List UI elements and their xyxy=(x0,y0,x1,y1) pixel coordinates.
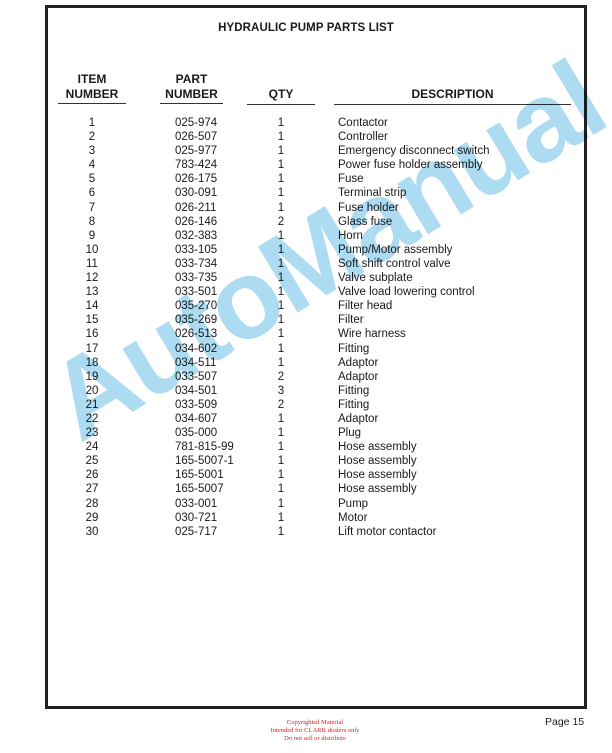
part-number-cell: 026-513 xyxy=(175,327,217,341)
page-number: Page 15 xyxy=(545,716,584,728)
item-number-cell: 15 xyxy=(58,313,126,327)
qty-cell: 1 xyxy=(247,201,315,215)
qty-cell: 1 xyxy=(247,257,315,271)
qty-cell: 1 xyxy=(247,186,315,200)
table-row: 28033-0011Pump xyxy=(0,497,612,511)
qty-cell: 1 xyxy=(247,342,315,356)
table-row: 29030-7211Motor xyxy=(0,511,612,525)
description-cell: Valve load lowering control xyxy=(338,285,475,299)
part-number-cell: 033-105 xyxy=(175,243,217,257)
table-row: 9032-3831Horn xyxy=(0,229,612,243)
qty-cell: 1 xyxy=(247,440,315,454)
table-row: 16026-5131Wire harness xyxy=(0,327,612,341)
item-number-cell: 30 xyxy=(58,525,126,539)
item-number-cell: 12 xyxy=(58,271,126,285)
document-title: HYDRAULIC PUMP PARTS LIST xyxy=(0,22,612,34)
item-number-cell: 23 xyxy=(58,426,126,440)
description-cell: Controller xyxy=(338,130,388,144)
qty-cell: 2 xyxy=(247,370,315,384)
item-number-cell: 18 xyxy=(58,356,126,370)
description-cell: Fuse holder xyxy=(338,201,399,215)
table-row: 23035-0001Plug xyxy=(0,426,612,440)
description-cell: Adaptor xyxy=(338,370,378,384)
column-header-item-number: ITEM NUMBER xyxy=(58,72,126,104)
description-cell: Terminal strip xyxy=(338,186,406,200)
item-number-cell: 17 xyxy=(58,342,126,356)
part-number-cell: 026-175 xyxy=(175,172,217,186)
description-cell: Adaptor xyxy=(338,412,378,426)
qty-cell: 1 xyxy=(247,299,315,313)
qty-cell: 1 xyxy=(247,285,315,299)
item-number-cell: 6 xyxy=(58,186,126,200)
qty-cell: 2 xyxy=(247,215,315,229)
copyright-line: Copyrighted Material xyxy=(240,719,390,727)
description-cell: Glass fuse xyxy=(338,215,392,229)
qty-cell: 1 xyxy=(247,356,315,370)
table-row: 15035-2691Filter xyxy=(0,313,612,327)
item-number-cell: 22 xyxy=(58,412,126,426)
table-row: 2026-5071Controller xyxy=(0,130,612,144)
part-number-cell: 035-000 xyxy=(175,426,217,440)
part-number-cell: 033-507 xyxy=(175,370,217,384)
description-cell: Lift motor contactor xyxy=(338,525,436,539)
qty-cell: 1 xyxy=(247,144,315,158)
table-row: 18034-5111Adaptor xyxy=(0,356,612,370)
table-row: 26165-50011Hose assembly xyxy=(0,468,612,482)
item-number-cell: 24 xyxy=(58,440,126,454)
description-cell: Wire harness xyxy=(338,327,406,341)
part-number-cell: 034-607 xyxy=(175,412,217,426)
table-row: 10033-1051Pump/Motor assembly xyxy=(0,243,612,257)
part-number-cell: 034-511 xyxy=(175,356,216,370)
item-number-cell: 27 xyxy=(58,482,126,496)
table-row: 5026-1751Fuse xyxy=(0,172,612,186)
part-number-cell: 030-721 xyxy=(175,511,217,525)
part-number-cell: 025-977 xyxy=(175,144,217,158)
item-number-cell: 9 xyxy=(58,229,126,243)
table-row: 19033-5072Adaptor xyxy=(0,370,612,384)
qty-cell: 1 xyxy=(247,172,315,186)
table-row: 4783-4241Power fuse holder assembly xyxy=(0,158,612,172)
item-number-cell: 3 xyxy=(58,144,126,158)
column-header-item-line1: ITEM xyxy=(58,72,126,87)
description-cell: Pump xyxy=(338,497,368,511)
table-row: 22034-6071Adaptor xyxy=(0,412,612,426)
part-number-cell: 034-501 xyxy=(175,384,217,398)
description-cell: Hose assembly xyxy=(338,454,417,468)
qty-cell: 1 xyxy=(247,497,315,511)
description-cell: Fitting xyxy=(338,384,369,398)
qty-cell: 1 xyxy=(247,511,315,525)
qty-cell: 1 xyxy=(247,482,315,496)
part-number-cell: 165-5007-1 xyxy=(175,454,234,468)
item-number-cell: 14 xyxy=(58,299,126,313)
item-number-cell: 28 xyxy=(58,497,126,511)
column-header-qty: QTY xyxy=(247,87,315,105)
description-cell: Soft shift control valve xyxy=(338,257,451,271)
qty-cell: 1 xyxy=(247,525,315,539)
item-number-cell: 19 xyxy=(58,370,126,384)
table-row: 11033-7341Soft shift control valve xyxy=(0,257,612,271)
description-cell: Valve subplate xyxy=(338,271,413,285)
part-number-cell: 783-424 xyxy=(175,158,217,172)
item-number-cell: 11 xyxy=(58,257,126,271)
qty-cell: 1 xyxy=(247,271,315,285)
description-cell: Horn xyxy=(338,229,363,243)
description-cell: Plug xyxy=(338,426,361,440)
copyright-line: Do not sell or distribute xyxy=(240,735,390,743)
item-number-cell: 4 xyxy=(58,158,126,172)
description-cell: Motor xyxy=(338,511,367,525)
item-number-cell: 7 xyxy=(58,201,126,215)
table-row: 17034-6021Fitting xyxy=(0,342,612,356)
qty-cell: 1 xyxy=(247,313,315,327)
qty-cell: 1 xyxy=(247,158,315,172)
column-header-part-number: PART NUMBER xyxy=(160,72,223,104)
item-number-cell: 10 xyxy=(58,243,126,257)
part-number-cell: 030-091 xyxy=(175,186,217,200)
table-row: 14035-2701Filter head xyxy=(0,299,612,313)
qty-cell: 1 xyxy=(247,116,315,130)
part-number-cell: 033-734 xyxy=(175,257,217,271)
description-cell: Contactor xyxy=(338,116,388,130)
description-cell: Pump/Motor assembly xyxy=(338,243,452,257)
table-row: 20034-5013Fitting xyxy=(0,384,612,398)
qty-cell: 1 xyxy=(247,426,315,440)
qty-cell: 1 xyxy=(247,468,315,482)
part-number-cell: 026-507 xyxy=(175,130,217,144)
description-cell: Adaptor xyxy=(338,356,378,370)
qty-cell: 1 xyxy=(247,412,315,426)
part-number-cell: 033-735 xyxy=(175,271,217,285)
part-number-cell: 025-717 xyxy=(175,525,217,539)
qty-cell: 1 xyxy=(247,229,315,243)
part-number-cell: 035-270 xyxy=(175,299,217,313)
description-cell: Emergency disconnect switch xyxy=(338,144,489,158)
qty-cell: 2 xyxy=(247,398,315,412)
column-header-part-line2: NUMBER xyxy=(160,87,223,102)
qty-cell: 1 xyxy=(247,243,315,257)
part-number-cell: 026-146 xyxy=(175,215,217,229)
part-number-cell: 032-383 xyxy=(175,229,217,243)
copyright-notice: Copyrighted MaterialIntended for CLARK d… xyxy=(240,719,390,742)
item-number-cell: 25 xyxy=(58,454,126,468)
description-cell: Hose assembly xyxy=(338,468,417,482)
column-header-description: DESCRIPTION xyxy=(334,87,571,105)
part-number-cell: 781-815-99 xyxy=(175,440,234,454)
column-header-part-line1: PART xyxy=(160,72,223,87)
table-row: 21033-5092Fitting xyxy=(0,398,612,412)
part-number-cell: 025-974 xyxy=(175,116,217,130)
table-row: 1025-9741Contactor xyxy=(0,116,612,130)
table-row: 30025-7171Lift motor contactor xyxy=(0,525,612,539)
table-row: 12033-7351Valve subplate xyxy=(0,271,612,285)
table-row: 3025-9771Emergency disconnect switch xyxy=(0,144,612,158)
qty-cell: 3 xyxy=(247,384,315,398)
table-row: 25165-5007-11Hose assembly xyxy=(0,454,612,468)
description-cell: Fitting xyxy=(338,342,369,356)
description-cell: Fuse xyxy=(338,172,364,186)
item-number-cell: 29 xyxy=(58,511,126,525)
item-number-cell: 13 xyxy=(58,285,126,299)
part-number-cell: 026-211 xyxy=(175,201,216,215)
qty-cell: 1 xyxy=(247,454,315,468)
description-cell: Fitting xyxy=(338,398,369,412)
item-number-cell: 2 xyxy=(58,130,126,144)
table-row: 27165-50071Hose assembly xyxy=(0,482,612,496)
copyright-line: Intended for CLARK dealers only xyxy=(240,727,390,735)
part-number-cell: 165-5007 xyxy=(175,482,224,496)
part-number-cell: 033-001 xyxy=(175,497,217,511)
description-cell: Hose assembly xyxy=(338,440,417,454)
item-number-cell: 21 xyxy=(58,398,126,412)
part-number-cell: 035-269 xyxy=(175,313,217,327)
parts-table-body: 1025-9741Contactor2026-5071Controller302… xyxy=(0,116,612,539)
part-number-cell: 165-5001 xyxy=(175,468,224,482)
table-row: 7026-2111Fuse holder xyxy=(0,201,612,215)
item-number-cell: 5 xyxy=(58,172,126,186)
part-number-cell: 033-501 xyxy=(175,285,217,299)
description-cell: Filter xyxy=(338,313,364,327)
table-row: 13033-5011Valve load lowering control xyxy=(0,285,612,299)
item-number-cell: 26 xyxy=(58,468,126,482)
description-cell: Power fuse holder assembly xyxy=(338,158,482,172)
description-cell: Filter head xyxy=(338,299,392,313)
item-number-cell: 8 xyxy=(58,215,126,229)
table-row: 8026-1462Glass fuse xyxy=(0,215,612,229)
column-header-item-line2: NUMBER xyxy=(58,87,126,102)
table-row: 24781-815-991Hose assembly xyxy=(0,440,612,454)
item-number-cell: 1 xyxy=(58,116,126,130)
table-row: 6030-0911Terminal strip xyxy=(0,186,612,200)
description-cell: Hose assembly xyxy=(338,482,417,496)
qty-cell: 1 xyxy=(247,130,315,144)
item-number-cell: 16 xyxy=(58,327,126,341)
qty-cell: 1 xyxy=(247,327,315,341)
part-number-cell: 033-509 xyxy=(175,398,217,412)
part-number-cell: 034-602 xyxy=(175,342,217,356)
item-number-cell: 20 xyxy=(58,384,126,398)
